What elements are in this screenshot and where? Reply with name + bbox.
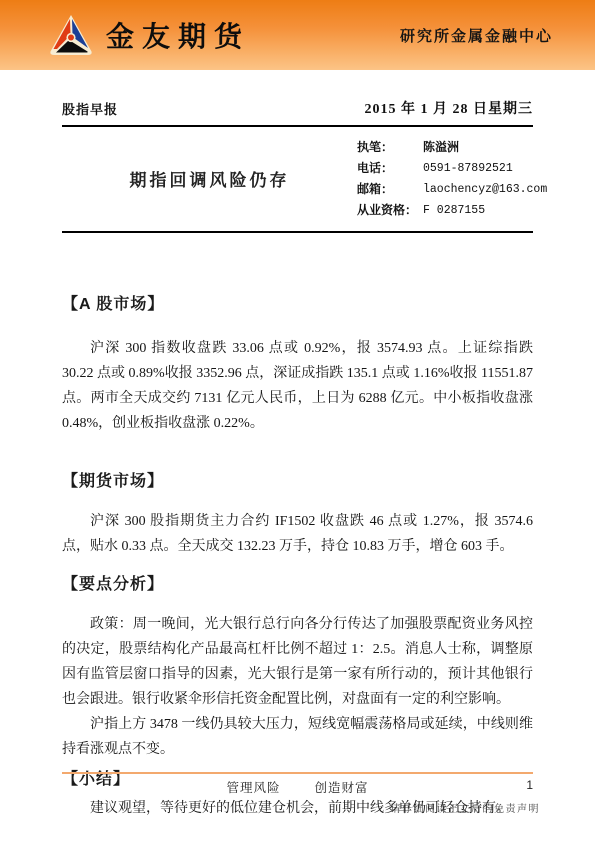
author-value: 陈溢洲: [423, 137, 533, 158]
section-heading: 【要点分析】: [62, 571, 533, 594]
report-head-row: 股指早报 2015 年 1 月 28 日星期三: [62, 98, 533, 127]
section-key-analysis: 【要点分析】 政策：周一晚间，光大银行总行向各分行传达了加强股票配资业务风控的决…: [62, 571, 533, 762]
page-number: 1: [526, 778, 533, 792]
disclaimer-note: 请仔细阅读正文后的免责声明: [391, 800, 541, 815]
section-paragraph: 沪深 300 指数收盘跌 33.06 点或 0.92%，报 3574.93 点。…: [62, 336, 533, 436]
phone-label: 电话：: [357, 158, 423, 179]
info-row-email: 邮箱： laochencyz@163.com: [357, 179, 533, 200]
footer-slogan-right: 创造财富: [315, 781, 369, 795]
section-heading: 【A 股市场】: [62, 291, 533, 314]
info-row-author: 执笔： 陈溢洲: [357, 137, 533, 158]
department-name: 研究所金属金融中心: [400, 25, 553, 46]
section-paragraph: 沪深 300 股指期货主力合约 IF1502 收盘跌 46 点或 1.27%，报…: [62, 509, 533, 559]
email-label: 邮箱：: [357, 179, 423, 200]
author-label: 执笔：: [357, 137, 423, 158]
section-paragraph: 政策：周一晚间，光大银行总行向各分行传达了加强股票配资业务风控的决定，股票结构化…: [62, 612, 533, 712]
report-body: 【A 股市场】 沪深 300 指数收盘跌 33.06 点或 0.92%，报 35…: [62, 291, 533, 821]
report-page: 金友期货 研究所金属金融中心 股指早报 2015 年 1 月 28 日星期三 期…: [0, 0, 595, 842]
footer-slogan: 管理风险创造财富: [62, 778, 533, 796]
section-heading: 【期货市场】: [62, 468, 533, 491]
title-area: 期指回调风险仍存: [62, 135, 357, 221]
phone-value: 0591-87892521: [423, 158, 533, 179]
document-title: 期指回调风险仍存: [130, 166, 290, 191]
email-value: laochencyz@163.com: [423, 179, 547, 200]
author-info-table: 执笔： 陈溢洲 电话： 0591-87892521 邮箱： laochencyz…: [357, 135, 533, 221]
section-paragraph: 沪指上方 3478 一线仍具较大压力，短线宽幅震荡格局或延续，中线则维持看涨观点…: [62, 712, 533, 762]
section-a-share-market: 【A 股市场】 沪深 300 指数收盘跌 33.06 点或 0.92%，报 35…: [62, 291, 533, 436]
info-row-qualification: 从业资格： F 0287155: [357, 200, 533, 221]
qualification-value: F 0287155: [423, 200, 533, 221]
report-date: 2015 年 1 月 28 日星期三: [365, 98, 534, 118]
header-banner: 金友期货 研究所金属金融中心: [0, 0, 595, 70]
info-row-phone: 电话： 0591-87892521: [357, 158, 533, 179]
company-logo-icon: [48, 13, 94, 59]
report-type-label: 股指早报: [62, 99, 118, 118]
footer-row: 管理风险创造财富 1: [62, 778, 533, 796]
company-name: 金友期货: [106, 15, 400, 55]
footer-slogan-left: 管理风险: [226, 781, 280, 795]
footer-divider: [62, 772, 533, 774]
title-author-block: 期指回调风险仍存 执笔： 陈溢洲 电话： 0591-87892521 邮箱： l…: [62, 127, 533, 233]
qualification-label: 从业资格：: [357, 200, 423, 221]
section-futures-market: 【期货市场】 沪深 300 股指期货主力合约 IF1502 收盘跌 46 点或 …: [62, 468, 533, 559]
